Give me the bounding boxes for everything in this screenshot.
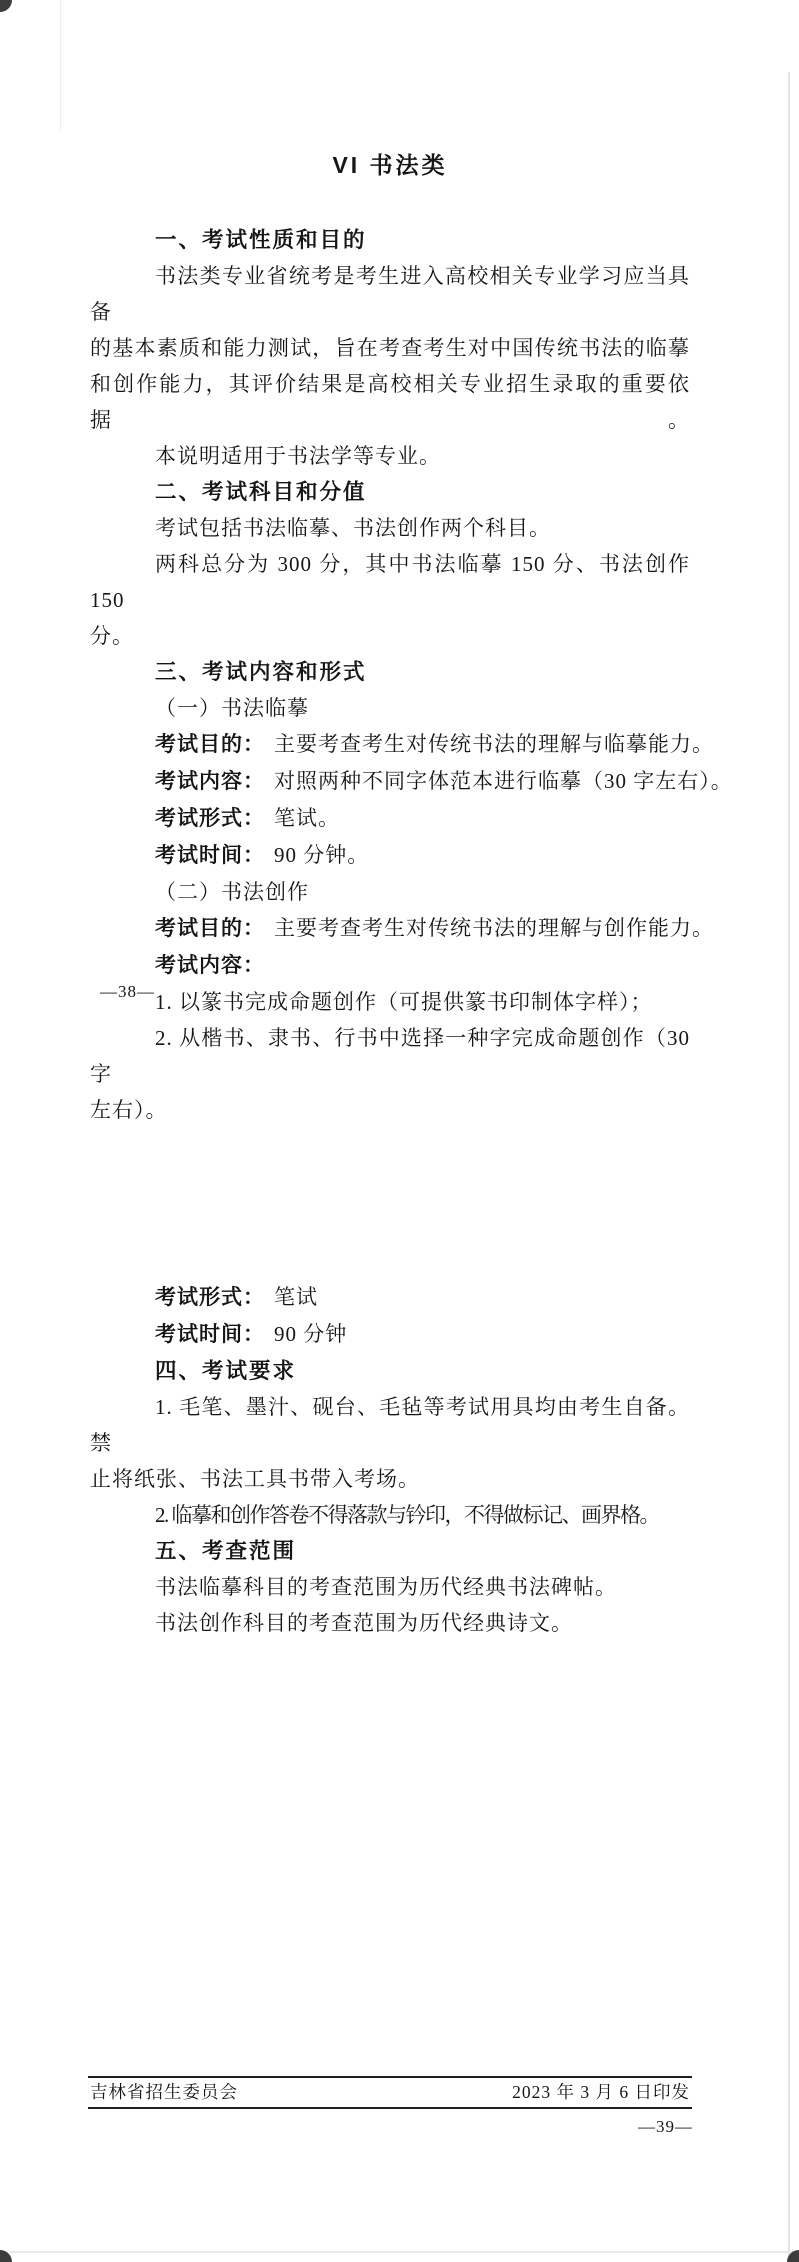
text-line: 考试时间：90 分钟。 [90, 837, 690, 874]
text: 90 分钟 [274, 1322, 347, 1346]
page-number-39: —39— [638, 2117, 693, 2137]
text: 笔试。 [274, 806, 340, 830]
section-heading: 四、考试要求 [90, 1353, 690, 1389]
text: 三、考试内容和形式 [155, 660, 367, 684]
section-heading: 一、考试性质和目的 [90, 222, 690, 258]
scan-edge-bottom [10, 2251, 795, 2253]
text: 书法临摹科目的考查范围为历代经典书法碑帖。 [155, 1575, 617, 1599]
scanned-document-sheet: VI 书法类 一、考试性质和目的书法类专业省统考是考生进入高校相关专业学习应当具… [0, 0, 799, 2262]
footer-issuer: 吉林省招生委员会 [90, 2078, 238, 2107]
text: 2. 从楷书、隶书、行书中选择一种字完成命题创作（30 字 [90, 1026, 690, 1086]
scan-corner-top-left [0, 0, 12, 12]
text-line: 1. 以篆书完成命题创作（可提供篆书印制体字样）； [90, 984, 690, 1020]
text-line: 考试形式：笔试 [90, 1279, 690, 1316]
section-heading: 五、考查范围 [90, 1533, 690, 1569]
text-line: 2. 临摹和创作答卷不得落款与钤印，不得做标记、画界格。 [90, 1497, 690, 1533]
text: 90 分钟。 [274, 843, 369, 867]
text-line: 考试包括书法临摹、书法创作两个科目。 [90, 510, 690, 546]
page-39-content: 考试形式：笔试考试时间：90 分钟四、考试要求1. 毛笔、墨汁、砚台、毛毡等考试… [90, 1279, 690, 1641]
text-line: 书法类专业省统考是考生进入高校相关专业学习应当具备 [90, 258, 690, 330]
field-label: 考试时间： [155, 1323, 265, 1346]
text-line: 2. 从楷书、隶书、行书中选择一种字完成命题创作（30 字 [90, 1020, 690, 1092]
page-footer: 吉林省招生委员会 2023 年 3 月 6 日印发 [88, 2076, 692, 2109]
page-38-content: 一、考试性质和目的书法类专业省统考是考生进入高校相关专业学习应当具备的基本素质和… [90, 222, 690, 1128]
text: 本说明适用于书法学等专业。 [155, 444, 441, 468]
text: 五、考查范围 [155, 1539, 296, 1563]
text: 主要考查考生对传统书法的理解与创作能力。 [274, 916, 714, 940]
text: 左右）。 [90, 1098, 168, 1122]
text: 主要考查考生对传统书法的理解与临摹能力。 [274, 732, 714, 756]
text-line: 分。 [90, 618, 690, 654]
text: （二）书法创作 [155, 880, 309, 904]
field-label: 考试形式： [155, 807, 265, 830]
field-label: 考试形式： [155, 1286, 265, 1309]
text: 和创作能力，其评价结果是高校相关专业招生录取的重要依据。 [90, 372, 690, 432]
text-line: 1. 毛笔、墨汁、砚台、毛毡等考试用具均由考生自备。禁 [90, 1389, 690, 1461]
field-label: 考试内容： [155, 770, 265, 793]
footer-row: 吉林省招生委员会 2023 年 3 月 6 日印发 [88, 2078, 692, 2107]
scan-edge-left [60, 0, 61, 130]
text-line: 书法临摹科目的考查范围为历代经典书法碑帖。 [90, 1569, 690, 1605]
text-line: 书法创作科目的考查范围为历代经典诗文。 [90, 1605, 690, 1641]
page-number-38: —38— [100, 982, 155, 1002]
text: 分。 [90, 624, 134, 648]
section-heading: 二、考试科目和分值 [90, 474, 690, 510]
text: 笔试 [274, 1285, 318, 1309]
text-line: 考试目的：主要考查考生对传统书法的理解与创作能力。 [90, 910, 690, 947]
text: 的基本素质和能力测试，旨在考查考生对中国传统书法的临摹 [90, 336, 690, 360]
text-line: 和创作能力，其评价结果是高校相关专业招生录取的重要依据。 [90, 366, 690, 438]
field-label: 考试时间： [155, 844, 265, 867]
text: 二、考试科目和分值 [155, 480, 367, 504]
scan-edge-right [788, 72, 790, 2262]
text: （一）书法临摹 [155, 696, 309, 720]
text: 书法类专业省统考是考生进入高校相关专业学习应当具备 [90, 264, 690, 324]
text: 一、考试性质和目的 [155, 228, 367, 252]
text: 对照两种不同字体范本进行临摹（30 字左右）。 [274, 769, 733, 793]
footer-issue-date: 2023 年 3 月 6 日印发 [512, 2078, 690, 2107]
text-line: 考试内容：对照两种不同字体范本进行临摹（30 字左右）。 [90, 763, 690, 800]
text-line: 左右）。 [90, 1092, 690, 1128]
field-label: 考试目的： [155, 917, 265, 940]
text: 书法创作科目的考查范围为历代经典诗文。 [155, 1611, 573, 1635]
text-line: 本说明适用于书法学等专业。 [90, 438, 690, 474]
text-line: （一）书法临摹 [90, 690, 690, 726]
text: 考试包括书法临摹、书法创作两个科目。 [155, 516, 551, 540]
text: 2. 临摹和创作答卷不得落款与钤印，不得做标记、画界格。 [155, 1503, 659, 1527]
field-label: 考试目的： [155, 733, 265, 756]
text-line: 两科总分为 300 分，其中书法临摹 150 分、书法创作 150 [90, 546, 690, 618]
field-label: 考试内容： [155, 954, 265, 977]
text-line: 考试时间：90 分钟 [90, 1316, 690, 1353]
text-line: 考试目的：主要考查考生对传统书法的理解与临摹能力。 [90, 726, 690, 763]
text-line: 考试形式：笔试。 [90, 800, 690, 837]
text: 1. 毛笔、墨汁、砚台、毛毡等考试用具均由考生自备。禁 [90, 1395, 690, 1455]
text-line: （二）书法创作 [90, 874, 690, 910]
text: 1. 以篆书完成命题创作（可提供篆书印制体字样）； [155, 990, 653, 1014]
text: 止将纸张、书法工具书带入考场。 [90, 1467, 420, 1491]
text: 四、考试要求 [155, 1359, 296, 1383]
text-line: 的基本素质和能力测试，旨在考查考生对中国传统书法的临摹 [90, 330, 690, 366]
text: 两科总分为 300 分，其中书法临摹 150 分、书法创作 150 [90, 552, 690, 612]
text-line: 止将纸张、书法工具书带入考场。 [90, 1461, 690, 1497]
text-line: 考试内容： [90, 947, 690, 984]
section-heading: 三、考试内容和形式 [90, 654, 690, 690]
document-title: VI 书法类 [90, 148, 690, 182]
